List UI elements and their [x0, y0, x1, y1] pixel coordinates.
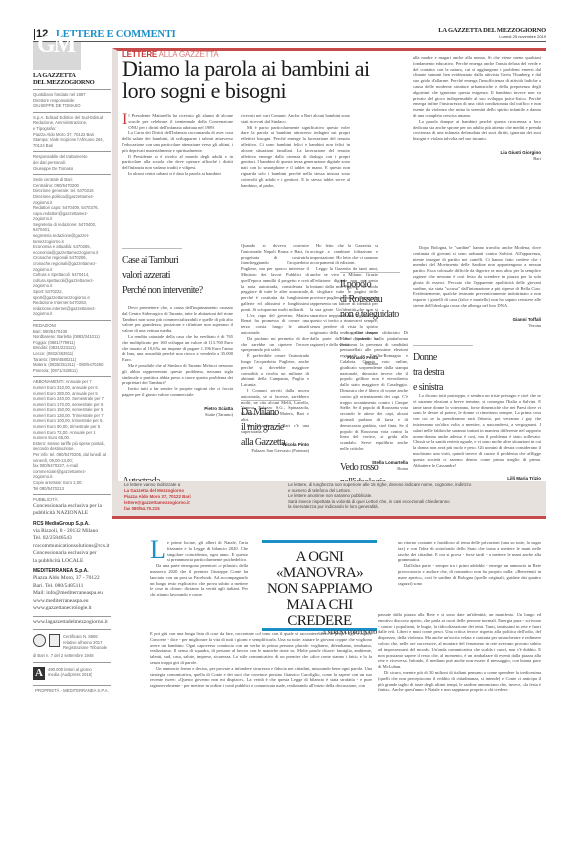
audipress-logo-icon: A: [33, 667, 45, 680]
editorial-headline-box: A OGNI «MANOVRA» NON SAPPIAMO MAI A CHI …: [262, 540, 377, 631]
letter-title-tamburi: Case ai Tamburivalori azzeratiPerché non…: [122, 248, 180, 301]
paper-date: Lunedì 25 novembre 2019: [499, 34, 546, 39]
masthead-sidebar: GM LA GAZZETTA DEL MEZZOGIORNO Quotidian…: [33, 42, 111, 696]
main-letter-col2: ricevuti nei vari Comuni. Anche a Bari a…: [241, 113, 350, 188]
editorial-wide-right: passate dalla piazza alla Rete e si sono…: [378, 612, 541, 693]
letter-title-milano: Da Milanoil mio graziealla Gazzetta: [241, 400, 299, 453]
letter-title-donne: Donnetra destrae sinistra: [413, 345, 473, 398]
paper-name: LA GAZZETTA DEL MEZZOGIORNO: [438, 27, 546, 34]
subscriptions-info: ABBONAMENTI: Annuale per 7 numeri Euro 3…: [33, 376, 111, 494]
letter-title-rousseau: Il popolodi Rousseaunon è teleguidato: [340, 272, 400, 325]
main-letter-col1: Il Presidente Mattarella ha ricevuto gli…: [122, 113, 233, 177]
letters-address: Le lettere vanno indirizzate a La Gazzet…: [124, 482, 294, 512]
ownership-info: PROPRIETÀ - MEDITERRANEA S.P.A.: [33, 685, 111, 697]
redazioni-info: REDAZIONI Bari: 080/5470430 Nordbarese: …: [33, 320, 111, 376]
letters-rules: Le lettere, di lunghezza non superiore a…: [288, 482, 538, 510]
editorial-col1: Le prime lucine, gli alberi di Natale, l…: [150, 540, 248, 598]
website-link[interactable]: www.lagazzettadelmezzogiorno.it: [33, 616, 111, 630]
fieg-logo-icon: [49, 634, 60, 647]
newspaper-logo-icon: GM: [33, 42, 81, 70]
editorial-wide-left: E poi giù con una lunga lista di cose da…: [150, 631, 372, 689]
dropcap-l: L: [150, 540, 167, 560]
signature-place: Bari: [413, 156, 541, 162]
certificate-info: Certificato N. 8606 relativo all'anno 20…: [33, 629, 111, 661]
letter-body-rousseau: I grillini hanno sfiduciato Di Maio chie…: [340, 330, 408, 471]
publisher-info: S.p.A. Edisud Editrice del Sud-Edisud Re…: [33, 112, 111, 152]
letter-body-tamburi: Devo premettere che, a causa dell'inquin…: [122, 305, 233, 417]
signature-place: Statte (Taranto): [122, 412, 233, 418]
advertising-info: PUBBLICITÀ: Concessionaria esclusiva per…: [33, 494, 111, 616]
main-letter-headline: Diamo la parola ai bambini ai loro sogni…: [122, 58, 382, 102]
main-letter-col3: alla madre e magari anche alla nonna. Si…: [413, 55, 541, 162]
contacts-info: Sede centrale di Bari: Centralino: 080/5…: [33, 174, 111, 320]
ads-certificate-seal-icon: [33, 634, 46, 647]
letter-body-donne: Lo dicono tutti purtroppo, e sembra un t…: [413, 393, 541, 488]
masthead-info: Quotidiano fondato nel 1887 Direttore re…: [33, 89, 111, 112]
letter-body-sardine: Dopo Bologna, le "sardine" hanno travolt…: [413, 245, 541, 328]
editorial-col-right: un ritorno costante e fastidioso al tema…: [398, 540, 541, 586]
logo-name: LA GAZZETTA DEL MEZZOGIORNO: [33, 72, 111, 86]
editorial-headline: A OGNI «MANOVRA» NON SAPPIAMO MAI A CHI …: [262, 549, 377, 629]
privacy-info: Responsabile del trattamento dei dati pe…: [33, 151, 111, 174]
readers-info: A 490.000 lettori al giorno media (Audip…: [33, 662, 111, 685]
signature-place: Verona: [413, 323, 541, 329]
